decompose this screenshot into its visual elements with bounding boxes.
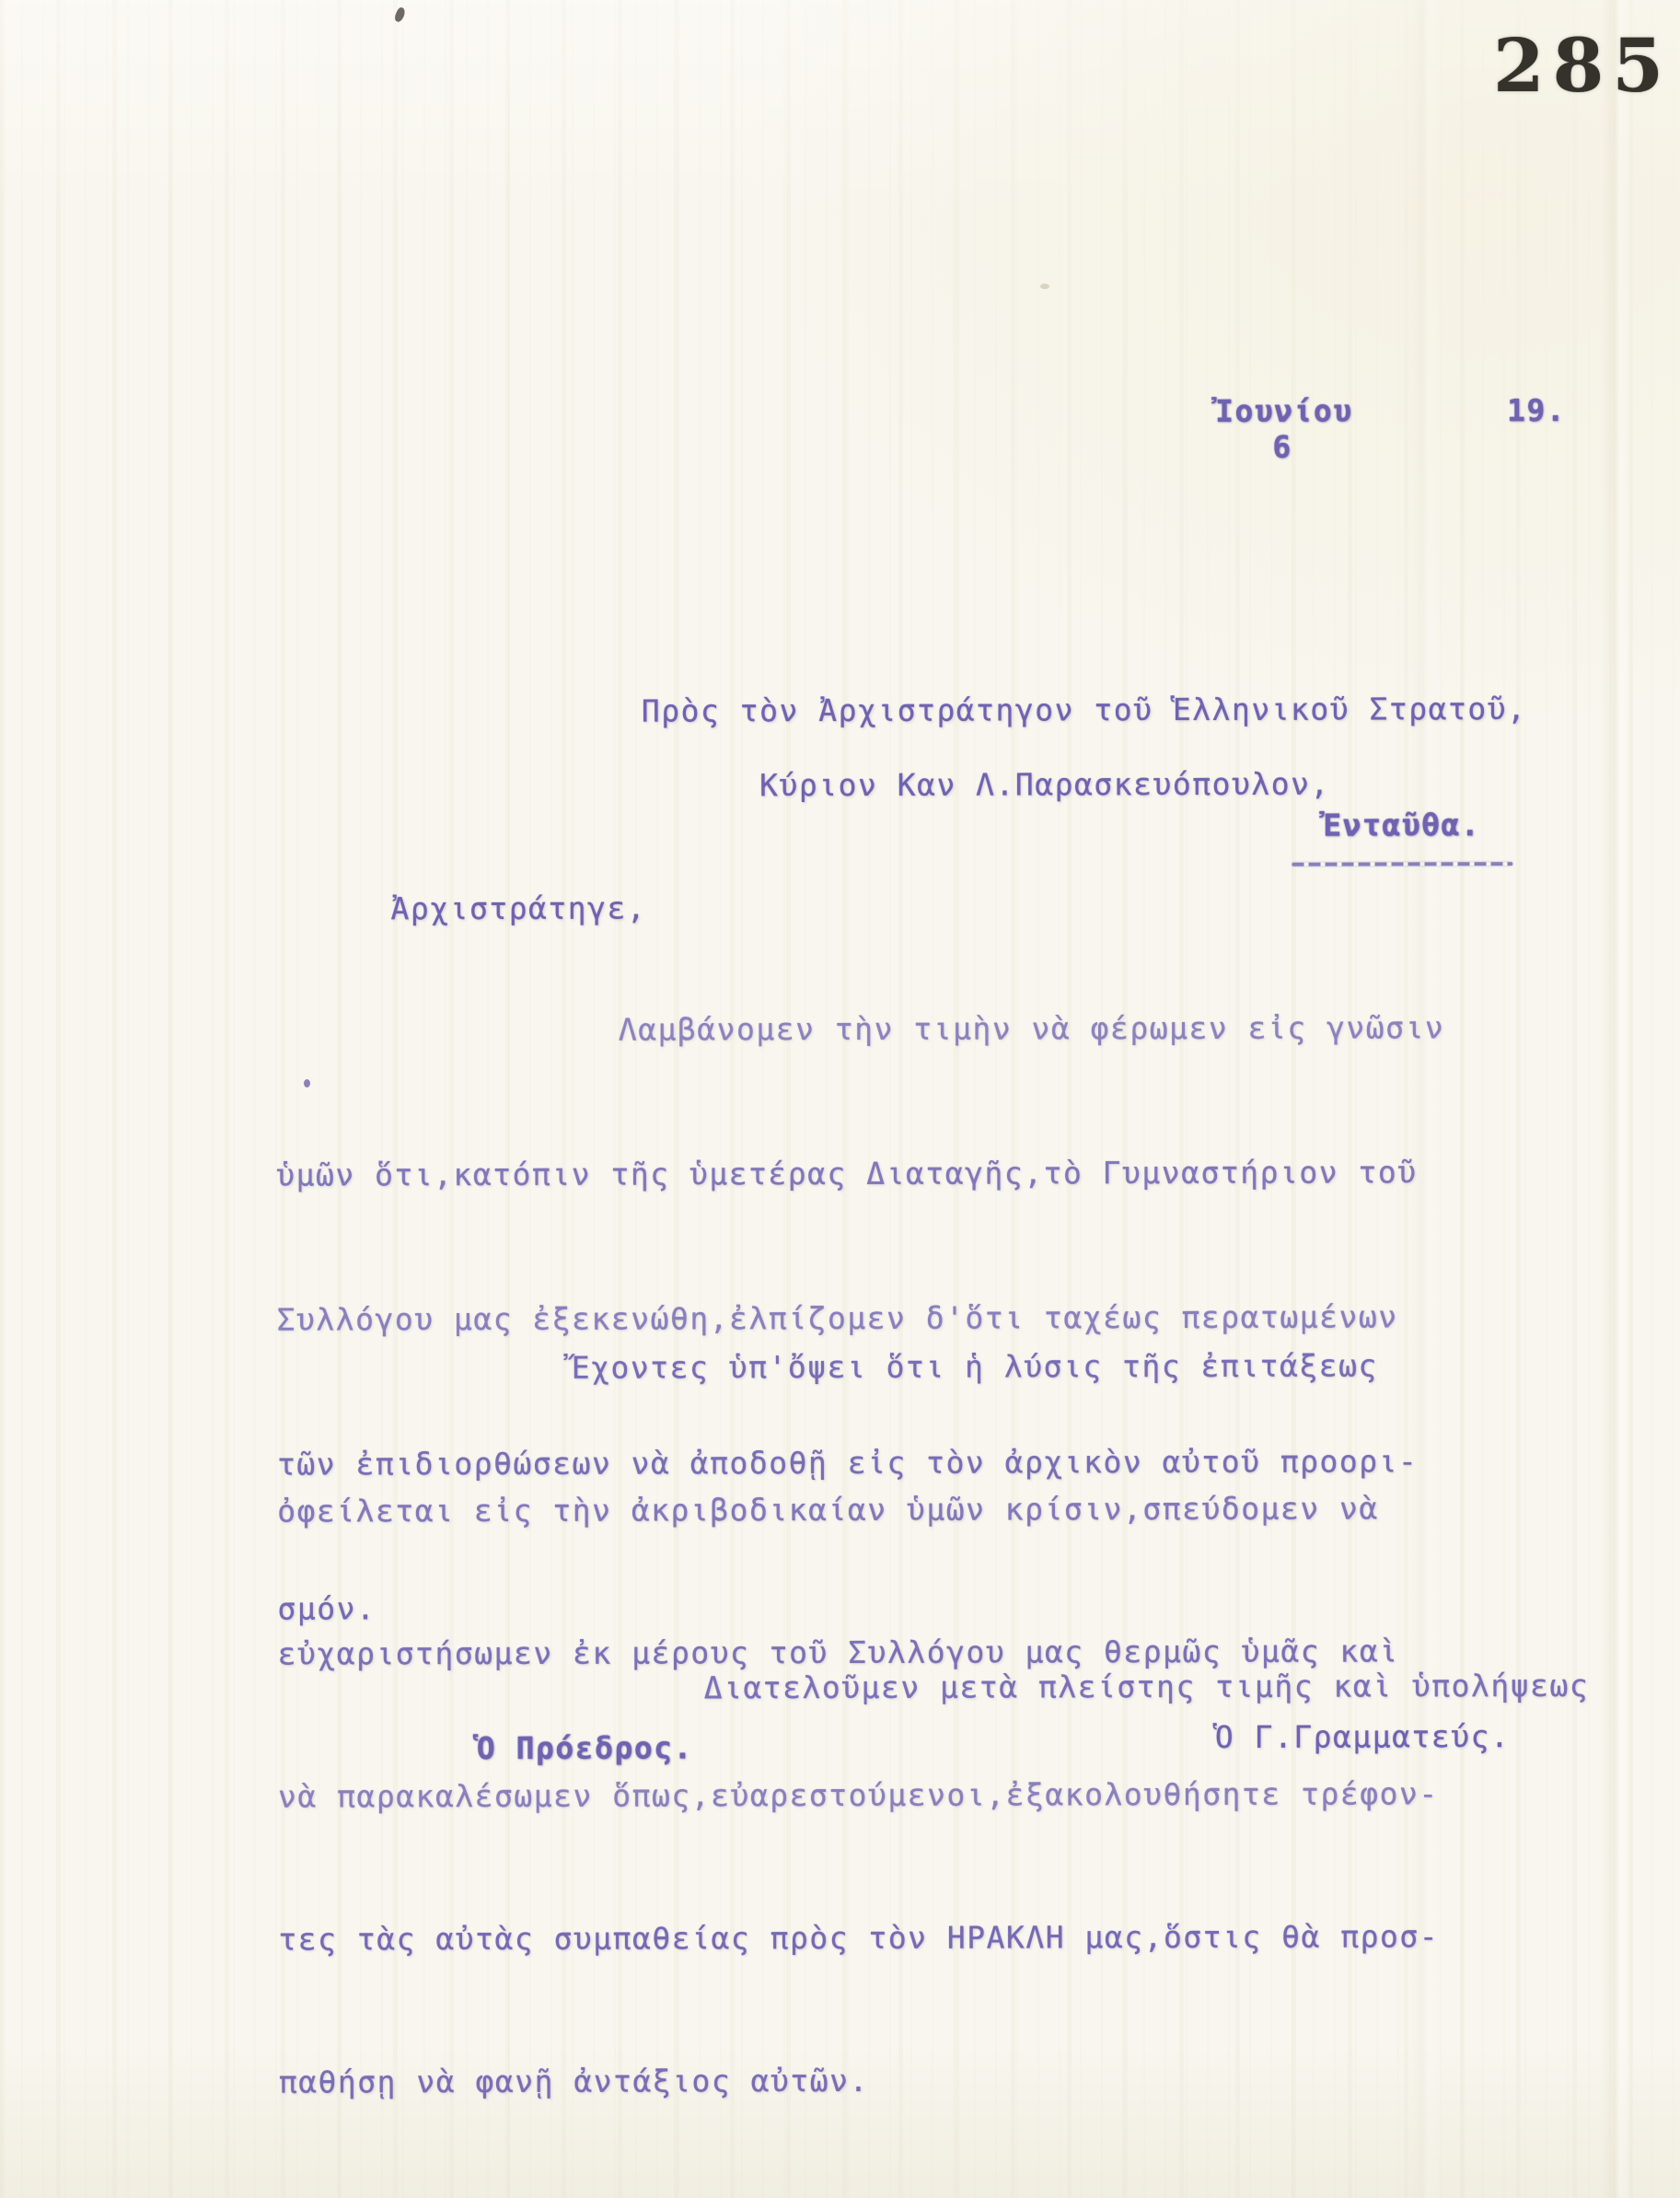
signature-secretary: Ὁ Γ.Γραμματεύς. <box>1215 1718 1511 1755</box>
date-line: 6 Ἰουνίου 19. <box>1154 392 1596 437</box>
body-line: νὰ παρακαλέσωμεν ὅπως,εὐαρεστούμενοι,ἐξα… <box>278 1758 1493 1832</box>
body-line: παθήσῃ νὰ φανῇ ἀντάξιος αὐτῶν. <box>279 2043 1494 2117</box>
recipient-line-title: Πρὸς τὸν Ἀρχιστράτηγον τοῦ Ἑλληνικοῦ Στρ… <box>642 691 1527 729</box>
typewritten-content: 6 Ἰουνίου 19. Πρὸς τὸν Ἀρχιστράτηγον τοῦ… <box>0 0 1680 2198</box>
date-month: Ἰουνίου <box>1215 393 1353 429</box>
date-day: 6 <box>1272 429 1292 465</box>
signature-president: Ὁ Πρόεδρος. <box>477 1729 693 1766</box>
body-line: τες τὰς αὐτὰς συμπαθείας πρὸς τὸν ΗΡΑΚΛΗ… <box>278 1901 1493 1974</box>
body-line: Ἔχοντες ὑπ'ὄψει ὅτι ἡ λύσις τῆς ἐπιτάξεω… <box>277 1330 1492 1403</box>
date-year: 19. <box>1507 392 1566 428</box>
closing-line: Διατελοῦμεν μετὰ πλείστης τιμῆς καὶ ὑπολ… <box>704 1668 1590 1706</box>
recipient-place: Ἐνταῦθα. <box>1323 807 1480 843</box>
body-line: Λαμβάνομεν τὴν τιμὴν νὰ φέρωμεν εἰς γνῶσ… <box>276 991 1491 1066</box>
body-line: ὑμῶν ὅτι,κατόπιν τῆς ὑμετέρας Διαταγῆς,τ… <box>276 1135 1491 1211</box>
underline-rule <box>1292 862 1512 866</box>
body-line: ὀφείλεται εἰς τὴν ἀκριβοδικαίαν ὑμῶν κρί… <box>277 1472 1492 1546</box>
scanned-letter-page: 285 6 Ἰουνίου 19. Πρὸς τὸν Ἀρχιστράτηγον… <box>0 0 1680 2198</box>
recipient-line-name: Κύριον Καν Λ.Παρασκευόπουλον, <box>759 766 1330 804</box>
